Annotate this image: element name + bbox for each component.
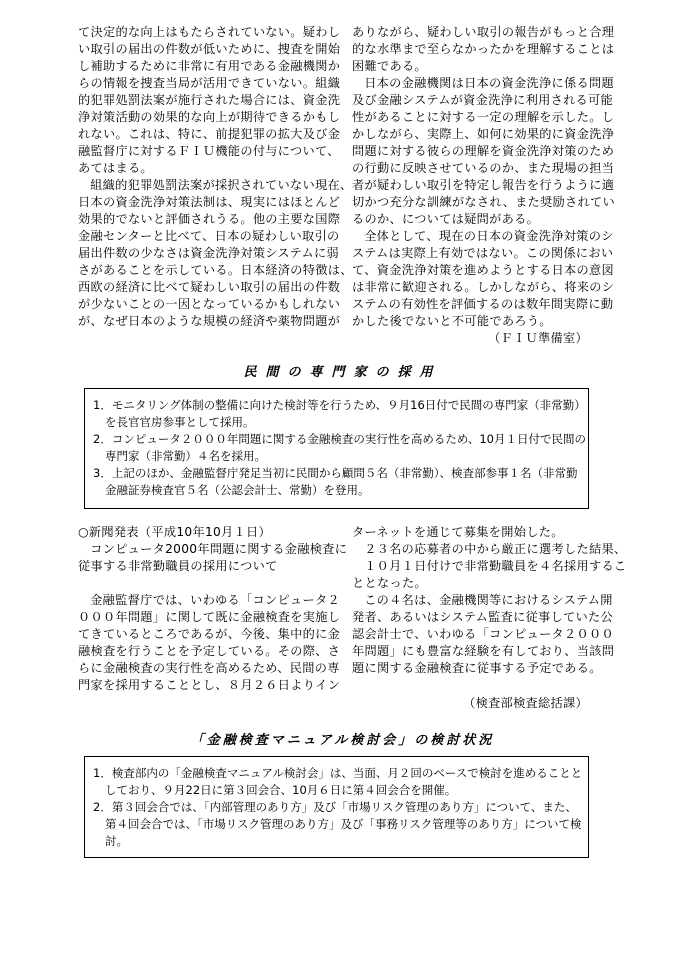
box-item-line: 2．コンピュータ２０００年問題に関する金融検査の実行性を高めるため、10月１日付…: [93, 431, 588, 448]
text-line: 者が疑わしい取引を特定し報告を行うように適: [352, 177, 614, 194]
section2-summary-box: 1．モニタリング体制の整備に向けた検討等を行うため、９月16日付で民間の専門家（…: [84, 388, 589, 509]
box-item-line: しており、９月22日に第３回会合、10月６日に第４回会合を開催。: [93, 782, 588, 799]
text-line: の行動に反映させているのか、また現場の担当: [352, 160, 614, 177]
text-line: 効果的でないと評価されうる。他の主要な国際: [78, 211, 340, 228]
text-line: かした後でないと不可能であろう。: [352, 313, 614, 330]
text-line: [78, 575, 340, 592]
text-line: 日本の資金洗浄対策法制は、現実にはほとんど: [78, 194, 340, 211]
section3-summary-box: 1．検査部内の「金融検査マニュアル検討会」は、当面、月２回のベースで検討を進める…: [84, 756, 589, 858]
box-item-line: 専門家（非常勤）４名を採用。: [93, 448, 588, 465]
text-line: 困難である。: [352, 58, 614, 75]
text-line: コンピュータ2000年問題に関する金融検査に: [78, 541, 340, 558]
text-line: し補助するために非常に有用である金融機関か: [78, 58, 340, 75]
box-item-line: 1．モニタリング体制の整備に向けた検討等を行うため、９月16日付で民間の専門家（…: [93, 397, 588, 414]
section2-heading: 民間の専門家の採用: [0, 364, 685, 382]
text-line: ステムの有効性を評価するのは数年間実際に動: [352, 296, 614, 313]
text-line: 浄対策活動の効果的な向上が期待できるかもし: [78, 109, 340, 126]
text-line: 切かつ充分な訓練がなされ、また奨励されてい: [352, 194, 614, 211]
section1-left-column: て決定的な向上はもたらされていない。疑わしい取引の届出の件数が低いために、捜査を…: [78, 24, 340, 330]
text-line: 組織的犯罪処罰法案が採択されていない現在、: [78, 177, 340, 194]
box-item-line: 1．検査部内の「金融検査マニュアル検討会」は、当面、月２回のベースで検討を進める…: [93, 765, 588, 782]
text-line: 性があることに対する一定の理解を示した。し: [352, 109, 614, 126]
text-line: 全体として、現在の日本の資金洗浄対策のシ: [352, 228, 614, 245]
section2-left-column: ○新聞発表（平成10年10月１日）コンピュータ2000年問題に関する金融検査に従…: [78, 524, 340, 694]
text-line: 融検査を行うことを予定している。その際、さ: [78, 643, 340, 660]
text-line: 日本の金融機関は日本の資金洗浄に係る問題: [352, 75, 614, 92]
text-line: 認会計士で、いわゆる「コンピュータ２０００: [352, 626, 614, 643]
text-line: 金融監督庁では、いわゆる「コンピュータ２: [78, 592, 340, 609]
box-item-line: 第４回会合では、「市場リスク管理のあり方」及び「事務リスク管理等のあり方」につい…: [93, 816, 588, 833]
text-line: が、なぜ日本のような規模の経済や薬物問題が: [78, 313, 340, 330]
text-line: 従事する非常勤職員の採用について: [78, 558, 340, 575]
text-line: あてはまる。: [78, 160, 340, 177]
text-line: るのか、については疑問がある。: [352, 211, 614, 228]
box-item-line: を長官官房参事として採用。: [93, 414, 588, 431]
text-line: この４名は、金融機関等におけるシステム開: [352, 592, 614, 609]
text-line: ターネットを通じて募集を開始した。: [352, 524, 614, 541]
text-line: 題に関する金融検査に従事する予定である。: [352, 660, 614, 677]
text-line: ステムは実際上有効ではない。この関係におい: [352, 245, 614, 262]
text-line: らに金融検査の実行性を高めるため、民間の専: [78, 660, 340, 677]
text-line: 金融センターと比べて、日本の疑わしい取引の: [78, 228, 340, 245]
box-item-line: 金融証券検査官５名（公認会計士、常勤）を登用。: [93, 482, 588, 499]
text-line: れない。これは、特に、前提犯罪の拡大及び金: [78, 126, 340, 143]
text-line: 発者、あるいはシステム監査に従事していた公: [352, 609, 614, 626]
text-line: 門家を採用することとし、８月２６日よりイン: [78, 677, 340, 694]
text-line: 的な水準まで至らなかったかを理解することは: [352, 41, 614, 58]
text-line: い取引の届出の件数が低いために、捜査を開始: [78, 41, 340, 58]
text-line: 西欧の経済に比べて疑わしい取引の届出の件数: [78, 279, 340, 296]
text-line: が少ないことの一因となっているかもしれない: [78, 296, 340, 313]
section1-right-column: ありながら、疑わしい取引の報告がもっと合理的な水準まで至らなかったかを理解するこ…: [352, 24, 614, 330]
text-line: て、資金洗浄対策を進めようとする日本の意図: [352, 262, 614, 279]
section2-right-column: ターネットを通じて募集を開始した。２３名の応募者の中から厳正に選考した結果、１０…: [352, 524, 614, 677]
text-line: て決定的な向上はもたらされていない。疑わし: [78, 24, 340, 41]
text-line: かしながら、実際上、如何に効果的に資金洗浄: [352, 126, 614, 143]
text-line: さがあることを示している。日本経済の特徴は、: [78, 262, 340, 279]
box-item-line: 3．上記のほか、金融監督庁発足当初に民間から顧問５名（非常勤）、検査部参事１名（…: [93, 465, 588, 482]
box-item-line: 2．第３回会合では、「内部管理のあり方」及び「市場リスク管理のあり方」について、…: [93, 799, 588, 816]
text-line: 届出件数の少なさは資金洗浄対策システムに弱: [78, 245, 340, 262]
text-line: らの情報を捜査当局が活用できていない。組織: [78, 75, 340, 92]
text-line: 年問題」にも豊富な経験を有しており、当該問: [352, 643, 614, 660]
text-line: 的犯罪処罰法案が施行された場合には、資金洗: [78, 92, 340, 109]
text-line: ととなった。: [352, 575, 614, 592]
section2-attribution: （検査部検査総括課）: [352, 695, 588, 712]
text-line: ０００年問題」に関して既に金融検査を実施し: [78, 609, 340, 626]
text-line: 融監督庁に対するＦＩＵ機能の付与について、: [78, 143, 340, 160]
section3-heading: 「金融検査マニュアル検討会」の検討状況: [0, 732, 685, 750]
text-line: １０月１日付けで非常勤職員を４名採用するこ: [352, 558, 614, 575]
text-line: は非常に歓迎される。しかしながら、将来のシ: [352, 279, 614, 296]
text-line: ○新聞発表（平成10年10月１日）: [78, 524, 340, 541]
text-line: ありながら、疑わしい取引の報告がもっと合理: [352, 24, 614, 41]
section1-attribution: （ＦＩＵ準備室）: [352, 330, 588, 347]
text-line: てきているところであるが、今後、集中的に金: [78, 626, 340, 643]
text-line: ２３名の応募者の中から厳正に選考した結果、: [352, 541, 614, 558]
text-line: 問題に対する彼らの理解を資金洗浄対策のため: [352, 143, 614, 160]
text-line: 及び金融システムが資金洗浄に利用される可能: [352, 92, 614, 109]
box-item-line: 討。: [93, 833, 588, 850]
